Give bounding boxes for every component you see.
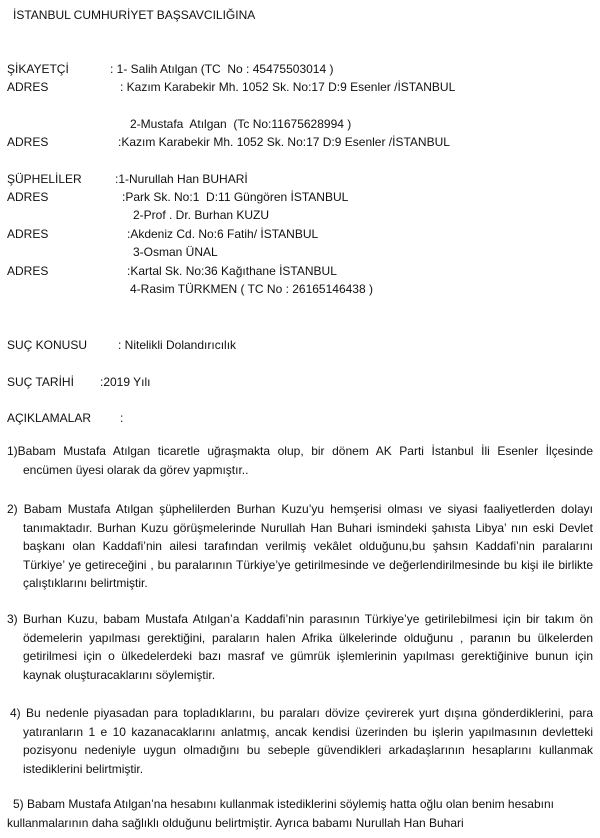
suspect-2: 2-Prof . Dr. Burhan KUZU xyxy=(133,208,269,222)
crime-subject: : Nitelikli Dolandırıcılık xyxy=(118,338,236,352)
complainant-2-address: :Kazım Karabekir Mh. 1052 Sk. No:17 D:9 … xyxy=(118,135,450,149)
suspect-3: 3-Osman ÜNAL xyxy=(133,245,218,259)
crime-date: :2019 Yılı xyxy=(100,375,150,389)
address-label: ADRES xyxy=(7,264,48,278)
crime-subject-label: SUÇ KONUSU xyxy=(7,338,87,352)
address-label: ADRES xyxy=(7,135,48,149)
complainant-1: : 1- Salih Atılgan (TC No : 45475503014 … xyxy=(110,62,333,76)
suspect-4: 4-Rasim TÜRKMEN ( TC No : 26165146438 ) xyxy=(130,282,373,296)
address-label: ADRES xyxy=(7,80,48,94)
document-title: İSTANBUL CUMHURİYET BAŞSAVCILIĞINA xyxy=(13,8,255,22)
address-label: ADRES xyxy=(7,227,48,241)
complainant-1-address: : Kazım Karabekir Mh. 1052 Sk. No:17 D:9… xyxy=(120,80,455,94)
paragraph-2: 2) Babam Mustafa Atılgan şüphelilerden B… xyxy=(7,500,593,593)
suspects-label: ŞÜPHELİLER xyxy=(7,172,82,186)
complainant-label: ŞİKAYETÇİ xyxy=(7,62,69,76)
suspect-1: :1-Nurullah Han BUHARİ xyxy=(115,172,248,186)
crime-date-label: SUÇ TARİHİ xyxy=(7,375,74,389)
paragraph-3: 3) Burhan Kuzu, babam Mustafa Atılgan’a … xyxy=(7,610,593,684)
explanations-label: AÇIKLAMALAR xyxy=(7,411,91,425)
complainant-2: 2-Mustafa Atılgan (Tc No:11675628994 ) xyxy=(130,117,351,131)
paragraph-4: 4) Bu nedenle piyasadan para topladıklar… xyxy=(10,704,593,778)
suspect-3-address: :Kartal Sk. No:36 Kağıthane İSTANBUL xyxy=(127,264,337,278)
explanations-colon: : xyxy=(120,411,123,425)
paragraph-5: 5) Babam Mustafa Atılgan’na hesabını kul… xyxy=(7,795,567,832)
suspect-1-address: :Park Sk. No:1 D:11 Güngören İSTANBUL xyxy=(122,190,348,204)
suspect-2-address: :Akdeniz Cd. No:6 Fatih/ İSTANBUL xyxy=(127,227,318,241)
address-label: ADRES xyxy=(7,190,48,204)
paragraph-1: 1)Babam Mustafa Atılgan ticaretle uğraşm… xyxy=(7,442,593,479)
